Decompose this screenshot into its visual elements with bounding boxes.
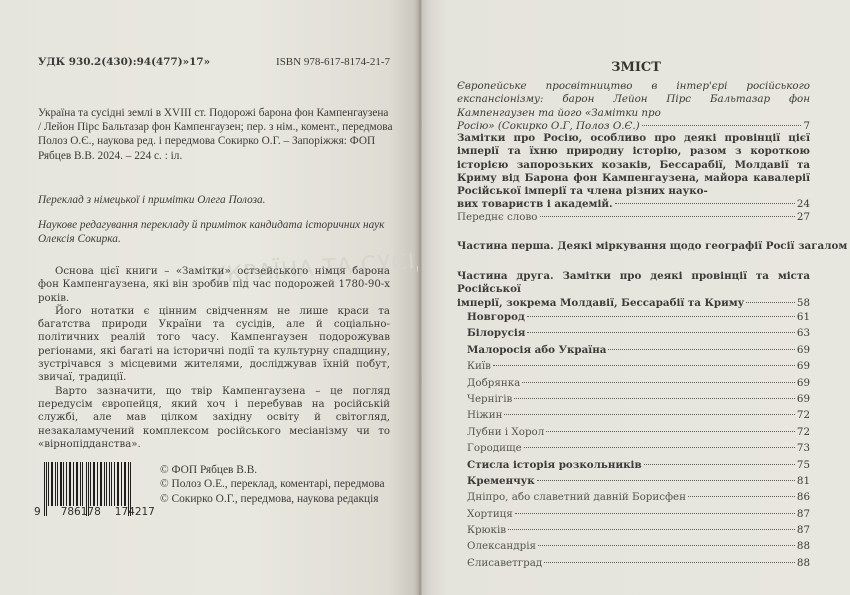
toc-page-number: 81 (797, 475, 810, 487)
copyright-line: © Сокирко О.Г., передмова, наукова редак… (160, 492, 385, 506)
barcode-digits: 9 786178 174217 (34, 506, 146, 518)
toc-entry-label: Частина перша. Деякі міркування щодо гео… (457, 240, 847, 253)
toc-entry: Єлисаветград88 (467, 557, 810, 573)
dot-leader (504, 414, 794, 415)
toc-entry-intro: Європейське просвітництво в інтер'єрі ро… (457, 80, 810, 133)
toc-page-number: 24 (797, 198, 810, 211)
dot-leader (546, 431, 795, 432)
abstract-paragraph: Варто зазначити, що твір Кампенгаузена –… (38, 385, 390, 451)
dot-leader (508, 529, 795, 530)
toc-entry: Добрянка69 (467, 377, 810, 393)
dot-leader (538, 545, 795, 546)
abstract-paragraph: Основа цієї книги – «Замітки» остзейсько… (38, 265, 390, 305)
toc-page-number: 69 (797, 344, 810, 356)
udk-code: УДК 930.2(430):94(477)»17» (38, 56, 210, 68)
dot-leader (493, 365, 795, 366)
dot-leader (522, 382, 795, 383)
dot-leader (537, 480, 795, 481)
toc-entry: Дніпро, або славетний давній Борисфен86 (467, 491, 810, 507)
toc-page-number: 63 (797, 327, 810, 339)
toc-page-number: 75 (797, 459, 810, 471)
isbn-number: ISBN 978-617-8174-21-7 (276, 56, 390, 68)
barcode-first-digit: 9 (34, 506, 41, 518)
toc-page-number: 87 (797, 524, 810, 536)
dot-leader (608, 349, 794, 350)
toc-entry-part-two: Частина друга. Замітки про деякі провінц… (457, 270, 810, 310)
barcode-group-1: 786178 (61, 506, 101, 518)
dot-leader (688, 496, 795, 497)
toc-entry-label: Ніжин (467, 409, 502, 421)
toc-entry-label: вих товариств і академій. (457, 198, 613, 211)
dot-leader (644, 464, 795, 465)
toc-page-number: 87 (797, 508, 810, 520)
toc-entry: Кременчук81 (467, 475, 810, 491)
toc-entry: Лубни і Хорол72 (467, 426, 810, 442)
toc-entry-label: Частина друга. Замітки про деякі провінц… (457, 270, 810, 295)
toc-entry: Крюків87 (467, 524, 810, 540)
bibliographic-entry: Україна та сусідні землі в XVIII ст. Под… (38, 106, 394, 163)
toc-chapter-list: Новгород61Білорусія63Малоросія або Украї… (467, 311, 810, 573)
toc-page-number: 61 (797, 311, 810, 323)
toc-page-number: 72 (797, 426, 810, 438)
toc-entry-label: Кременчук (467, 475, 535, 487)
toc-page-number: 88 (797, 540, 810, 552)
toc-entry: Малоросія або Україна69 (467, 344, 810, 360)
dot-leader (524, 447, 795, 448)
toc-page-number: 72 (797, 409, 810, 421)
toc-entry-label: Крюків (467, 524, 506, 536)
toc-entry-part-one: Частина перша. Деякі міркування щодо гео… (457, 240, 810, 253)
toc-entry: Стисла історія розкольників75 (467, 459, 810, 475)
toc-page-number: 73 (797, 442, 810, 454)
right-page-contents: ЗМІСТ Європейське просвітництво в інтер'… (422, 0, 850, 595)
isbn-barcode: 9 786178 174217 (34, 462, 146, 522)
dot-leader (746, 302, 795, 303)
dot-leader (540, 216, 795, 217)
toc-entry-line: вих товариств і академій. 24 (457, 198, 810, 211)
dot-leader (642, 125, 802, 126)
toc-entry-line: імперії, зокрема Молдавії, Бессарабії та… (457, 297, 810, 310)
toc-entry: Городище73 (467, 442, 810, 458)
dot-leader (544, 562, 795, 563)
toc-entry-label: Білорусія (467, 327, 525, 339)
copyright-line: © ФОП Рябцев В.В. (160, 463, 385, 477)
toc-entry-label: Стисла історія розкольників (467, 459, 642, 471)
copyright-notices: © ФОП Рябцев В.В. © Полоз О.Е., переклад… (160, 463, 385, 506)
toc-entry-label: імперії, зокрема Молдавії, Бессарабії та… (457, 297, 744, 310)
toc-entry-label: Лубни і Хорол (467, 426, 544, 438)
toc-page-number: 69 (797, 377, 810, 389)
dot-leader (514, 398, 795, 399)
toc-page-number: 27 (797, 211, 810, 224)
toc-entry-line: Переднє слово 27 (457, 211, 810, 224)
toc-page-number: 69 (797, 360, 810, 372)
toc-entry-label: Добрянка (467, 377, 520, 389)
toc-entry-notes: Замітки про Росію, особливо про деякі пр… (457, 132, 810, 212)
toc-entry-label: Новгород (467, 311, 525, 323)
toc-entry-label: Хортиця (467, 508, 513, 520)
toc-entry-label: Олександрія (467, 540, 536, 552)
dot-leader (515, 513, 795, 514)
barcode-group-2: 174217 (115, 506, 155, 518)
book-spread: УКРАЇНА ТА СУСІДНІ ЗЕМЛІ УДК 930.2(430):… (0, 0, 850, 595)
toc-page-number: 69 (797, 393, 810, 405)
toc-page-number: 86 (797, 491, 810, 503)
toc-entry: Ніжин72 (467, 409, 810, 425)
toc-entry: Білорусія63 (467, 327, 810, 343)
toc-entry-label: Замітки про Росію, особливо про деякі пр… (457, 132, 810, 197)
toc-page-number: 88 (797, 557, 810, 569)
toc-entry: Київ69 (467, 360, 810, 376)
toc-entry-label: Переднє слово (457, 211, 538, 224)
toc-entry-label: Європейське просвітництво в інтер'єрі ро… (457, 80, 810, 119)
toc-page-number: 58 (797, 297, 810, 310)
toc-entry: Чернігів69 (467, 393, 810, 409)
dot-leader (527, 316, 795, 317)
classification-row: УДК 930.2(430):94(477)»17» ISBN 978-617-… (38, 56, 390, 68)
abstract-paragraph: Його нотатки є цінним свідченням не лише… (38, 305, 390, 385)
editor-credit: Наукове редагування перекладу й приміток… (38, 218, 394, 246)
toc-entry-label: Єлисаветград (467, 557, 542, 569)
copyright-line: © Полоз О.Е., переклад, коментарі, перед… (160, 477, 385, 491)
toc-entry-line: Частина перша. Деякі міркування щодо гео… (457, 240, 810, 253)
toc-entry-label: Дніпро, або славетний давній Борисфен (467, 491, 686, 503)
book-abstract: Основа цієї книги – «Замітки» остзейсько… (38, 265, 390, 451)
contents-title: ЗМІСТ (422, 60, 850, 75)
dot-leader (527, 332, 794, 333)
dot-leader (615, 203, 795, 204)
toc-entry-label: Малоросія або Україна (467, 344, 606, 356)
translation-credit: Переклад з німецької і примітки Олега По… (38, 193, 394, 207)
toc-entry: Новгород61 (467, 311, 810, 327)
left-page-imprint: УКРАЇНА ТА СУСІДНІ ЗЕМЛІ УДК 930.2(430):… (0, 0, 418, 595)
toc-entry: Хортиця87 (467, 508, 810, 524)
toc-entry: Олександрія88 (467, 540, 810, 556)
toc-entry-label: Чернігів (467, 393, 512, 405)
toc-entry-label: Київ (467, 360, 491, 372)
toc-entry-label: Городище (467, 442, 522, 454)
toc-entry-foreword: Переднє слово 27 (457, 211, 810, 224)
